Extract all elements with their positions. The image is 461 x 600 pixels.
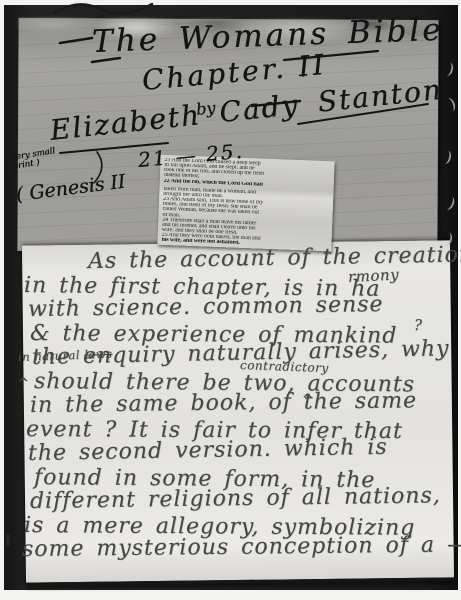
caret-mark: ^: [18, 376, 29, 391]
insertion-harmony-tail: rmony: [348, 265, 400, 286]
manuscript-photograph: 21 And the Lord God caused a deep sleep …: [0, 0, 461, 600]
manuscript-line: some mysterious conception of a —: [22, 532, 461, 562]
manuscript-line: in the same book, of the same: [30, 388, 417, 418]
manuscript-line: with science. common sense: [28, 292, 384, 322]
photo-edge-mark: [6, 534, 10, 546]
inserted-question-mark: ?: [414, 316, 422, 334]
newspaper-clipping: 21 And the Lord God caused a deep sleep …: [157, 155, 334, 252]
